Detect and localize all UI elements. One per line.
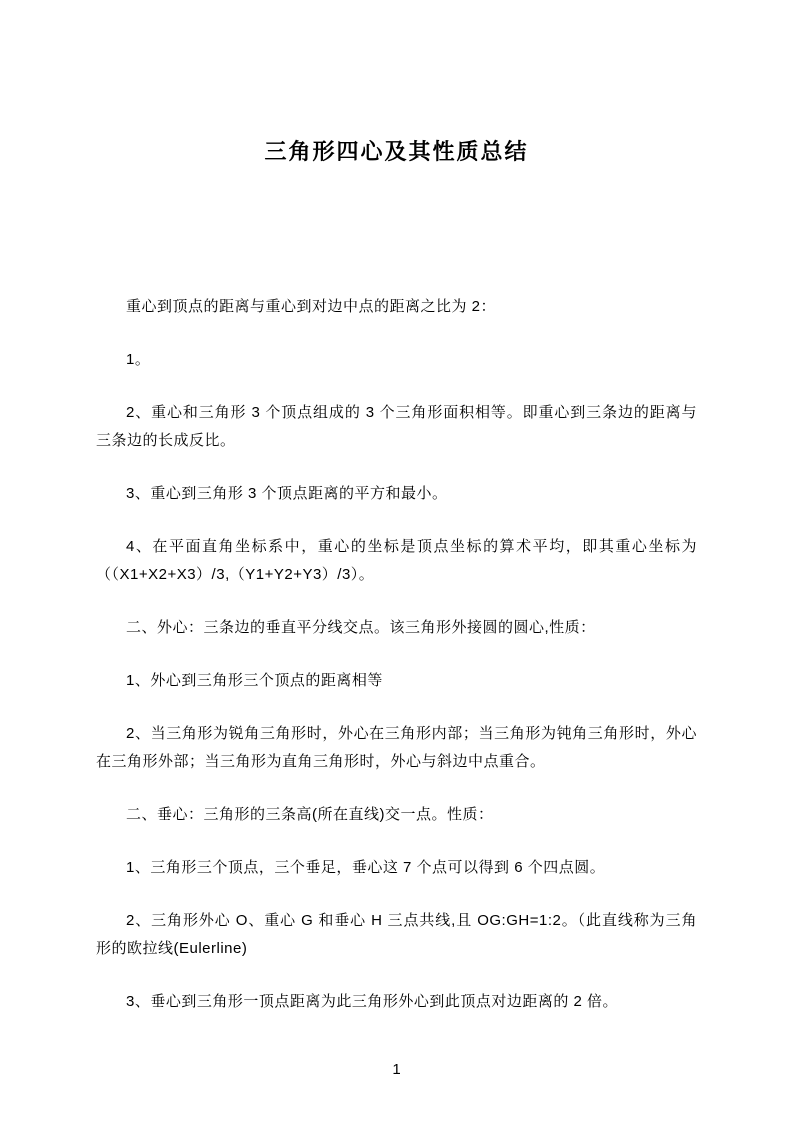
document-body: 重心到顶点的距离与重心到对边中点的距离之比为 2： 1。 2、重心和三角形 3 … <box>96 293 697 1016</box>
paragraph-item-3-min-squares: 3、重心到三角形 3 个顶点距离的平方和最小。 <box>96 480 697 508</box>
paragraph-circumcenter-1: 1、外心到三角形三个顶点的距离相等 <box>96 667 697 695</box>
paragraph-item-2-areas: 2、重心和三角形 3 个顶点组成的 3 个三角形面积相等。即重心到三条边的距离与… <box>96 399 697 455</box>
section-orthocenter-heading: 二、垂心：三角形的三条高(所在直线)交一点。性质： <box>96 801 697 829</box>
section-circumcenter-heading: 二、外心：三条边的垂直平分线交点。该三角形外接圆的圆心,性质： <box>96 614 697 642</box>
paragraph-circumcenter-2: 2、当三角形为锐角三角形时，外心在三角形内部；当三角形为钝角三角形时，外心在三角… <box>96 720 697 776</box>
page-number: 1 <box>0 1060 793 1080</box>
document-page: 三角形四心及其性质总结 重心到顶点的距离与重心到对边中点的距离之比为 2： 1。… <box>0 0 793 1122</box>
document-title: 三角形四心及其性质总结 <box>96 138 697 166</box>
paragraph-orthocenter-2: 2、三角形外心 O、重心 G 和垂心 H 三点共线,且 OG:GH=1:2。（此… <box>96 907 697 963</box>
paragraph-orthocenter-3: 3、垂心到三角形一顶点距离为此三角形外心到此顶点对边距离的 2 倍。 <box>96 988 697 1016</box>
paragraph-gravity-ratio: 重心到顶点的距离与重心到对边中点的距离之比为 2： <box>96 293 697 321</box>
paragraph-item-4-coordinates: 4、在平面直角坐标系中，重心的坐标是顶点坐标的算术平均，即其重心坐标为（（X1+… <box>96 533 697 589</box>
paragraph-item-1: 1。 <box>96 346 697 374</box>
paragraph-orthocenter-1: 1、三角形三个顶点，三个垂足，垂心这 7 个点可以得到 6 个四点圆。 <box>96 854 697 882</box>
